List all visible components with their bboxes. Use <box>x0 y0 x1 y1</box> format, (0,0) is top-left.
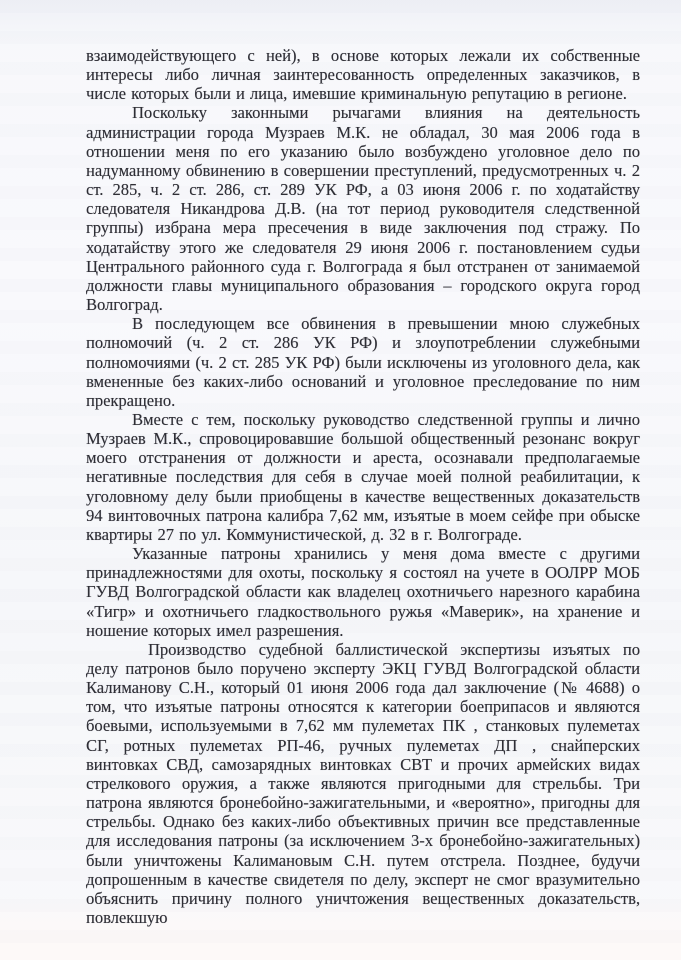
paragraph: В последующем все обвинения в превышении… <box>86 314 640 410</box>
paragraph: Поскольку законными рычагами влияния на … <box>86 103 640 314</box>
document-text: взаимодействующего с ней), в основе кото… <box>86 46 640 927</box>
paragraph: Вместе с тем, поскольку руководство след… <box>86 410 640 544</box>
paragraph: взаимодействующего с ней), в основе кото… <box>86 46 640 103</box>
paragraph: Указанные патроны хранились у меня дома … <box>86 544 640 640</box>
paragraph: Производство судебной баллистической экс… <box>86 640 640 927</box>
scanned-document-page: взаимодействующего с ней), в основе кото… <box>0 0 681 960</box>
